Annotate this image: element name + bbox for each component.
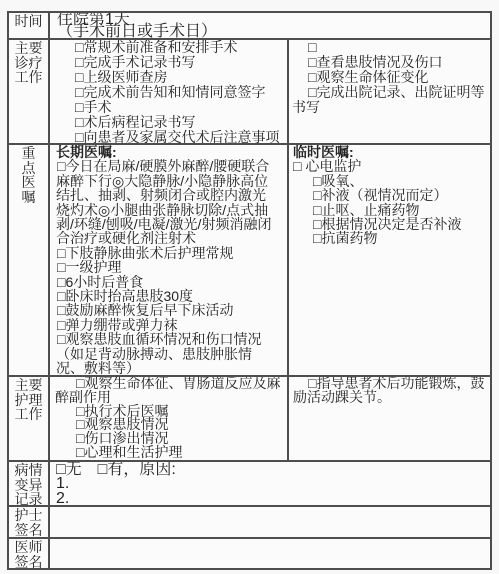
checklist-item: □观察患肢血循环情况和伤口情况（如足背动脉搏动、患肢肿胀情况、敷料等） [56, 332, 273, 375]
checklist-item: □向患者及家属交代术后注意事项 [55, 130, 287, 143]
row-label-text: 嘱 [9, 190, 48, 205]
nursing-left-checklist: □观察生命体征、胃肠道反应及麻醉副作用 □执行术后医嘱 □观察患肢情况 □伤口渗… [50, 377, 289, 460]
row-key-orders: 重 点 医 嘱 长期医嘱: □今日在局麻/硬膜外麻醉/腰硬联合麻醉下行◎大隐静脉… [9, 143, 490, 375]
row-label-text: 记录 [9, 492, 48, 505]
checklist-item: □心理和生活护理 [55, 446, 287, 460]
row-main-nursing-work: 主要 护理 工作 □观察生命体征、胃肠道反应及麻醉副作用 □执行术后医嘱 □观察… [9, 375, 490, 460]
row-label-doctor-signature: 医师 签名 [9, 539, 50, 568]
long-term-orders: 长期医嘱: □今日在局麻/硬膜外麻醉/腰硬联合麻醉下行◎大隐静脉/小隐静脉高位结… [50, 145, 289, 375]
nursing-right-checklist: □指导患者术后功能锻炼，鼓励活动踝关节。 [289, 377, 490, 460]
checklist-item: □6小时后普食 [56, 275, 273, 289]
row-label-text: 护士 [9, 508, 48, 523]
nurse-signature-area [50, 507, 490, 537]
row-label-text: 工作 [9, 70, 48, 85]
row-label-main-diagnosis-work: 主要 诊疗 工作 [9, 40, 50, 143]
checklist-item: □术后病程记录书写 [55, 115, 287, 130]
checklist-item: □指导患者术后功能锻炼，鼓励活动踝关节。 [293, 377, 486, 405]
row-label-text: 重 [9, 146, 48, 161]
row-label-nurse-signature: 护士 签名 [9, 507, 50, 537]
row-label-text: 工作 [9, 407, 48, 422]
checklist-item: □鼓励麻醉恢复后早下床活动 [56, 303, 273, 317]
checklist-item: □弹力绷带或弹力袜 [56, 318, 273, 332]
row-label-key-orders: 重 点 医 嘱 [9, 145, 50, 375]
checklist-item: □ [292, 40, 488, 55]
checklist-item: □下肢静脉曲张术后护理常规 [56, 246, 273, 260]
long-term-orders-header: 长期医嘱: [56, 145, 273, 159]
row-label-text: 时间 [9, 14, 48, 29]
row-label-text: 签名 [9, 555, 48, 569]
checklist-item: □手术 [55, 100, 287, 115]
checklist-item: □吸氧、 [293, 174, 488, 188]
checklist-item: □常规术前准备和安排手术 [55, 40, 287, 55]
checklist-item: □补液（视情况而定） [293, 188, 488, 202]
checklist-item: □完成术前告知和知情同意签字 [55, 85, 287, 100]
diagnosis-right-checklist: □ □查看患肢情况及伤口 □观察生命体征变化 □完成出院记录、出院证明等书写 [289, 40, 490, 143]
checklist-item: □观察生命体征变化 [292, 70, 488, 85]
row-label-text: 病情 [9, 463, 48, 478]
checklist-item: □根据情况决定是否补液 [293, 217, 488, 231]
checklist-item: □完成出院记录、出院证明等书写 [292, 85, 488, 115]
checklist-item: □查看患肢情况及伤口 [292, 55, 488, 70]
variation-options: □无 □有，原因: [56, 463, 490, 477]
row-label-text: 点 [9, 161, 48, 176]
temporary-orders: 临时医嘱: □ 心电监护 □吸氧、 □补液（视情况而定） □止呕、止痛药物 □根… [289, 145, 490, 375]
row-label-text: 主要 [9, 41, 48, 56]
checklist-item: □止呕、止痛药物 [293, 203, 488, 217]
variation-reason-2: 2. [56, 492, 490, 505]
row-label-text: 医 [9, 175, 48, 190]
row-label-text: 变异 [9, 478, 48, 493]
checklist-item: □ 心电监护 [293, 159, 488, 173]
checklist-item: □完成手术记录书写 [55, 55, 287, 70]
row-doctor-signature: 医师 签名 [9, 537, 490, 568]
hospital-day-subtitle: （手术前日或手术日） [57, 26, 490, 38]
checklist-item: □今日在局麻/硬膜外麻醉/腰硬联合麻醉下行◎大隐静脉/小隐静脉高位结扎、抽剥、射… [56, 159, 273, 245]
clinical-pathway-table: 时间 住院第1天 （手术前日或手术日） 主要 诊疗 工作 □常规术前准备和安排手… [7, 11, 492, 570]
checklist-item: □观察生命体征、胃肠道反应及麻醉副作用 [55, 377, 287, 405]
time-value-cell: 住院第1天 （手术前日或手术日） [50, 13, 490, 38]
variation-reason-1: 1. [56, 477, 490, 491]
variation-record-cell: □无 □有，原因: 1. 2. [50, 462, 490, 505]
row-main-diagnosis-work: 主要 诊疗 工作 □常规术前准备和安排手术 □完成手术记录书写 □上级医师查房 … [9, 38, 490, 143]
row-nurse-signature: 护士 签名 [9, 505, 490, 537]
row-time: 时间 住院第1天 （手术前日或手术日） [9, 13, 490, 38]
checklist-item: □一级护理 [56, 260, 273, 274]
temporary-orders-header: 临时医嘱: [293, 145, 488, 159]
row-label-text: 诊疗 [9, 56, 48, 71]
diagnosis-left-checklist: □常规术前准备和安排手术 □完成手术记录书写 □上级医师查房 □完成术前告知和知… [50, 40, 289, 143]
row-label-condition-variation-record: 病情 变异 记录 [9, 462, 50, 505]
doctor-signature-area [50, 539, 490, 568]
row-label-text: 医师 [9, 540, 48, 555]
checklist-item: □抗菌药物 [293, 231, 488, 245]
row-label-time: 时间 [9, 13, 50, 38]
row-label-text: 护理 [9, 393, 48, 408]
checklist-item: □上级医师查房 [55, 70, 287, 85]
checklist-item: □卧床时抬高患肢30度 [56, 289, 273, 303]
row-label-main-nursing-work: 主要 护理 工作 [9, 377, 50, 460]
row-label-text: 主要 [9, 378, 48, 393]
row-condition-variation-record: 病情 变异 记录 □无 □有，原因: 1. 2. [9, 460, 490, 505]
row-label-text: 签名 [9, 523, 48, 538]
